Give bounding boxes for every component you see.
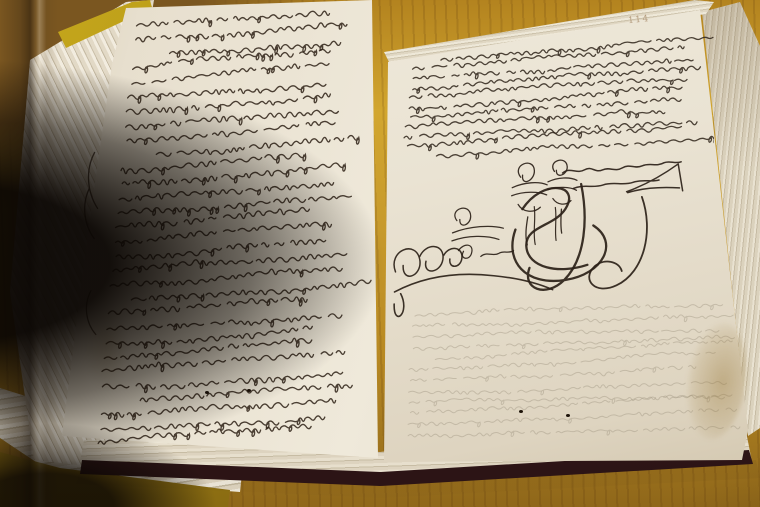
photograph-open-manuscript-book: 114 (0, 0, 760, 507)
photo-vignette (0, 0, 760, 507)
